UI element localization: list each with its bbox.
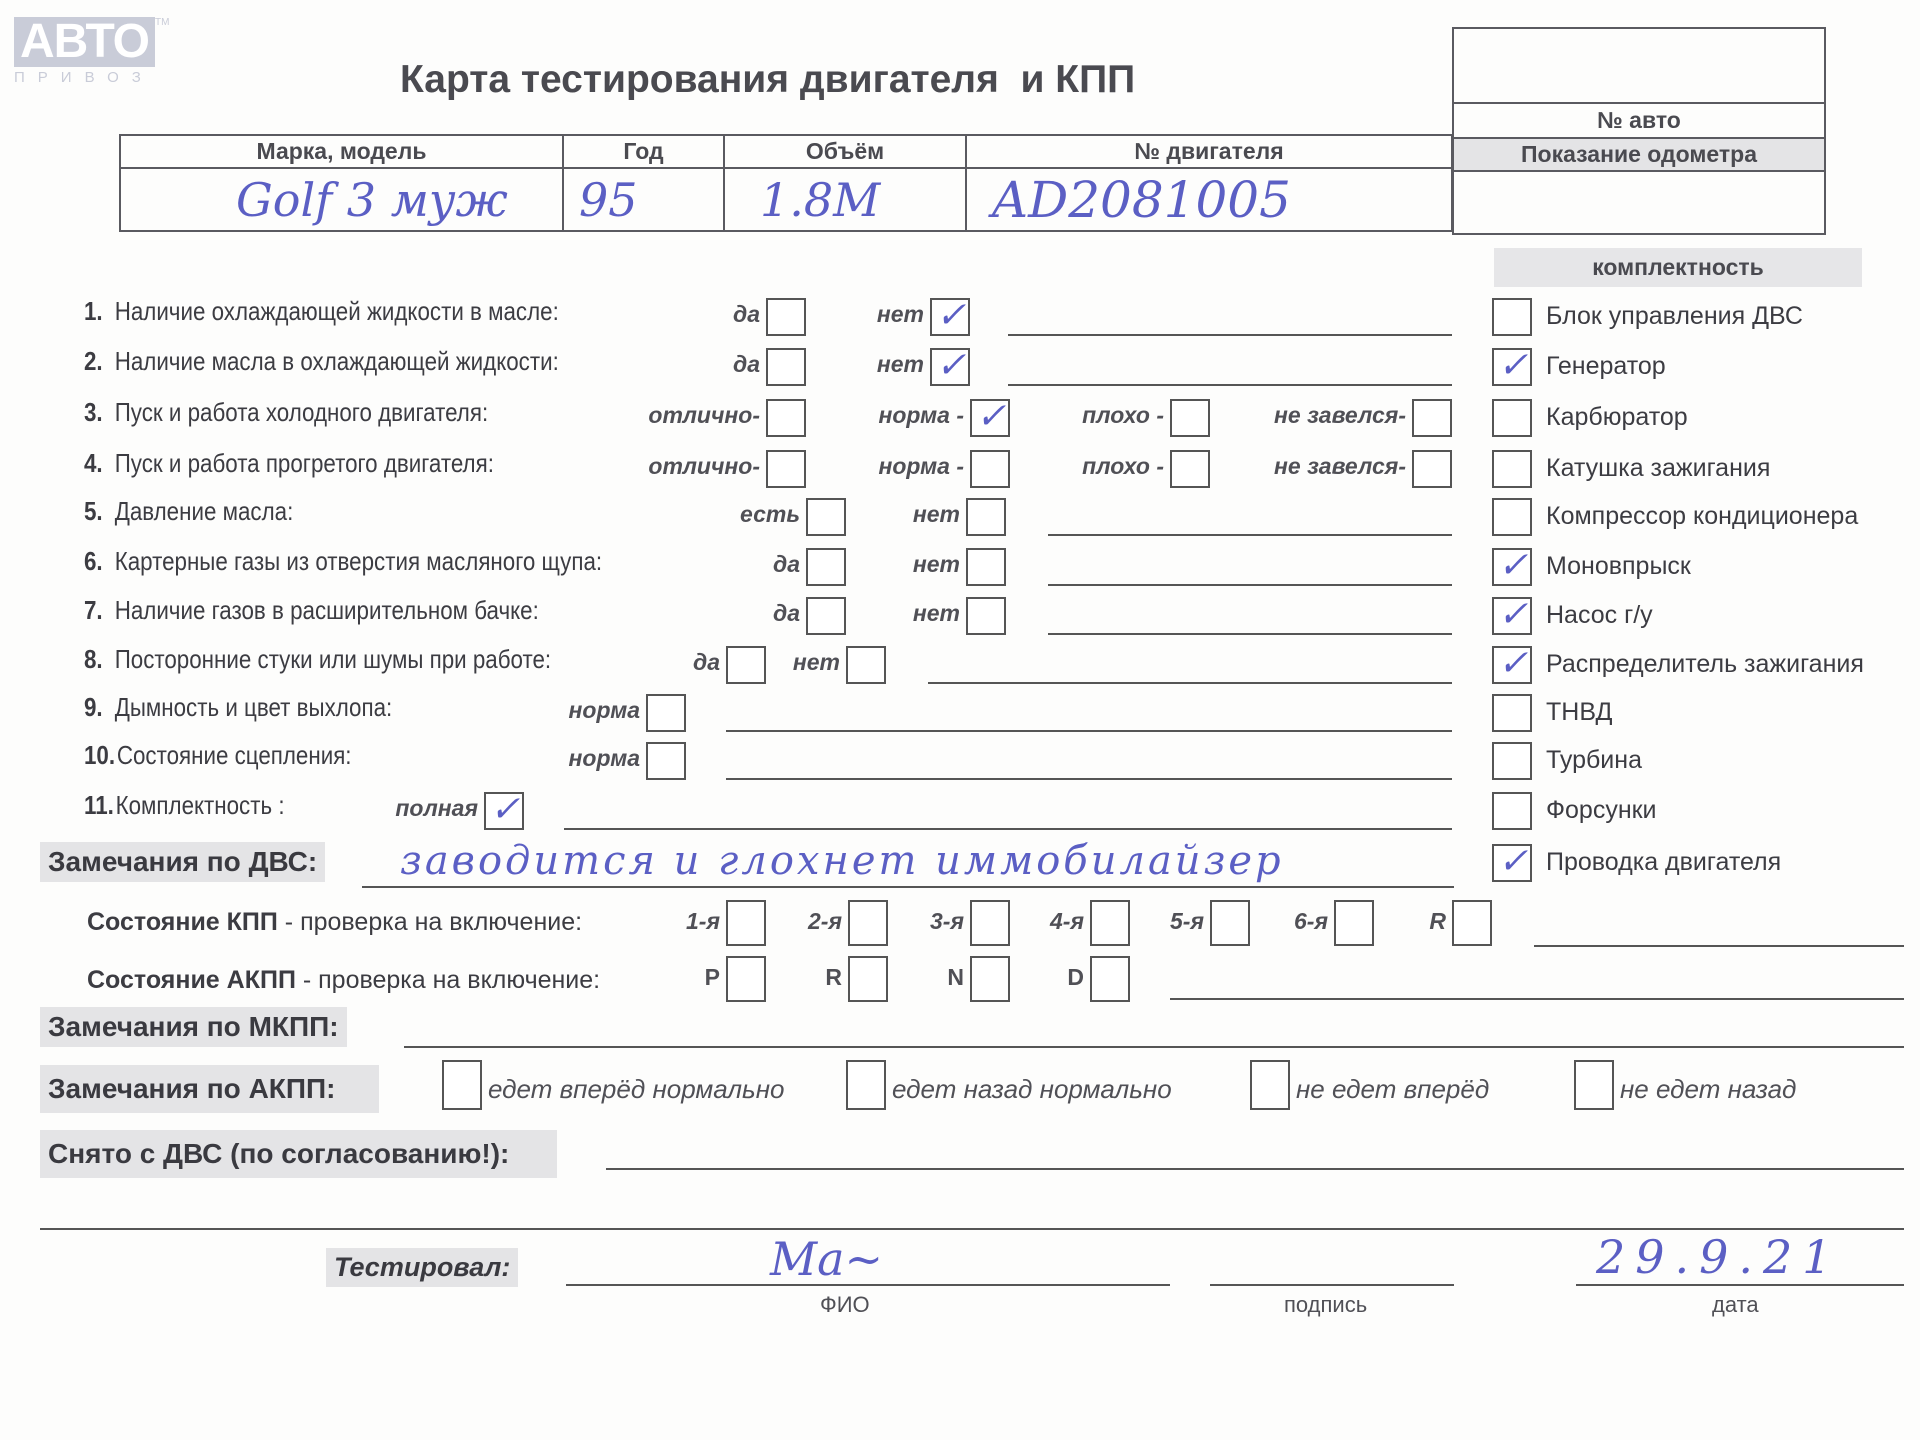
question-8-label: 8.Посторонние стуки или шумы при работе: (84, 644, 551, 675)
question-text: Наличие газов в расширительном бачке: (115, 595, 539, 625)
question-9-checkbox-1[interactable] (646, 694, 686, 732)
volume-value: 1.8M (725, 173, 880, 227)
question-5-label: 5.Давление масла: (84, 496, 293, 527)
manual-gearbox-gear-checkbox-5[interactable] (1210, 900, 1250, 946)
question-text: Пуск и работа холодного двигателя: (115, 397, 488, 427)
question-number: 8. (84, 644, 103, 674)
question-8-notes-line[interactable] (928, 682, 1452, 684)
signature-line[interactable] (1210, 1284, 1454, 1286)
gear-label: 6-я (1294, 908, 1328, 935)
question-2-notes-line[interactable] (1008, 384, 1452, 386)
question-4-checkbox-1[interactable] (766, 450, 806, 488)
engine-number-field[interactable]: AD2081005 (966, 168, 1452, 231)
manual-gearbox-bold: Состояние КПП (87, 908, 278, 936)
option-label: норма - (878, 453, 964, 480)
option-label: нет (913, 600, 960, 627)
tested-by-label: Тестировал: (326, 1248, 518, 1287)
question-9-label: 9.Дымность и цвет выхлопа: (84, 692, 392, 723)
gear-label: R (1429, 908, 1446, 935)
option-label: отлично- (648, 453, 760, 480)
completeness-checkbox-9[interactable] (1492, 694, 1532, 732)
option-label: нет (793, 649, 840, 676)
question-3-checkbox-1[interactable] (766, 399, 806, 437)
completeness-checkbox-3[interactable] (1492, 399, 1532, 437)
question-text: Картерные газы из отверстия масляного щу… (115, 546, 602, 576)
gear-label: 5-я (1170, 908, 1204, 935)
completeness-item-label: Турбина (1546, 746, 1642, 775)
question-text: Комплектность : (116, 790, 285, 820)
question-9-notes-line[interactable] (726, 730, 1452, 732)
question-number: 10. (84, 740, 115, 770)
question-11-notes-line[interactable] (564, 828, 1452, 830)
completeness-checkbox-10[interactable] (1492, 742, 1532, 780)
option-label: нет (877, 301, 924, 328)
option-label: да (773, 600, 800, 627)
completeness-checkbox-11[interactable] (1492, 792, 1532, 830)
option-label: полная (395, 795, 478, 822)
completeness-item-label: Распределитель зажигания (1546, 650, 1864, 679)
auto-gearbox-bold: Состояние АКПП (87, 966, 296, 994)
option-label: да (693, 649, 720, 676)
manual-remarks-label: Замечания по МКПП: (40, 1007, 347, 1047)
question-7-checkbox-1[interactable] (806, 597, 846, 635)
question-2-checkbox-2[interactable] (930, 348, 970, 386)
auto-remarks-checkbox-4[interactable] (1574, 1060, 1614, 1110)
question-3-checkbox-4[interactable] (1412, 399, 1452, 437)
auto-remarks-option-label: едет назад нормально (892, 1074, 1172, 1105)
question-7-checkbox-2[interactable] (966, 597, 1006, 635)
question-11-checkbox-1[interactable] (484, 792, 524, 830)
question-2-checkbox-1[interactable] (766, 348, 806, 386)
removed-label: Снято с ДВС (по согласованию!): (40, 1130, 557, 1178)
completeness-item-label: Насос г/у (1546, 601, 1653, 630)
option-label: отлично- (648, 402, 760, 429)
auto-gearbox-label: Состояние АКПП - проверка на включение: (87, 966, 600, 995)
car-number-field[interactable] (1454, 29, 1824, 104)
auto-remarks-option-label: не едет назад (1620, 1074, 1796, 1105)
auto-remarks-option-label: едет вперёд нормально (488, 1074, 784, 1105)
option-label: да (733, 351, 760, 378)
auto-gearbox-line (1170, 998, 1904, 1000)
manual-gearbox-gear-checkbox-6[interactable] (1334, 900, 1374, 946)
col-header-year: Год (563, 135, 724, 168)
col-header-volume: Объём (724, 135, 966, 168)
question-10-notes-line[interactable] (726, 778, 1452, 780)
completeness-item-label: ТНВД (1546, 698, 1612, 727)
option-label: нет (877, 351, 924, 378)
question-1-notes-line[interactable] (1008, 334, 1452, 336)
engine-remarks-value[interactable]: заводится и глохнет иммобилайзер (400, 838, 1284, 884)
engine-number-value: AD2081005 (967, 171, 1291, 229)
completeness-checkbox-2[interactable] (1492, 348, 1532, 386)
question-number: 7. (84, 595, 103, 625)
completeness-checkbox-6[interactable] (1492, 548, 1532, 586)
question-6-notes-line[interactable] (1048, 584, 1452, 586)
completeness-item-label: Моновпрыск (1546, 552, 1691, 581)
option-label: не завелся- (1274, 402, 1406, 429)
question-text: Состояние сцепления: (117, 740, 352, 770)
manual-gearbox-gear-checkbox-1[interactable] (726, 900, 766, 946)
gear-label: 3-я (930, 908, 964, 935)
option-label: плохо - (1082, 402, 1164, 429)
question-number: 9. (84, 692, 103, 722)
completeness-checkbox-12[interactable] (1492, 844, 1532, 882)
question-5-checkbox-2[interactable] (966, 498, 1006, 536)
auto-remarks-option-label: не едет вперёд (1296, 1074, 1489, 1105)
model-value: Golf 3 муж (121, 173, 508, 227)
completeness-checkbox-4[interactable] (1492, 450, 1532, 488)
manual-gearbox-gear-checkbox-3[interactable] (970, 900, 1010, 946)
manual-remarks-line[interactable] (404, 1046, 1904, 1048)
completeness-item-label: Карбюратор (1546, 403, 1688, 432)
auto-remarks-label: Замечания по АКПП: (40, 1065, 379, 1113)
tester-name-value: Ма~ (770, 1232, 883, 1286)
gear-label: 2-я (808, 908, 842, 935)
completeness-item-label: Блок управления ДВС (1546, 302, 1803, 331)
option-label: нет (913, 501, 960, 528)
question-2-label: 2.Наличие масла в охлаждающей жидкости: (84, 346, 559, 377)
gear-label: R (825, 964, 842, 991)
option-label: норма (569, 697, 641, 724)
vehicle-info-table: Марка, модель Год Объём № двигателя Golf… (119, 134, 1453, 232)
manual-gearbox-gear-checkbox-7[interactable] (1452, 900, 1492, 946)
car-info-box: № авто Показание одометра (1452, 27, 1826, 235)
option-label: нет (913, 551, 960, 578)
gear-label: D (1067, 964, 1084, 991)
completeness-item-label: Компрессор кондиционера (1546, 502, 1858, 531)
question-5-notes-line[interactable] (1048, 534, 1452, 536)
gear-label: N (947, 964, 964, 991)
question-text: Пуск и работа прогретого двигателя: (115, 448, 494, 478)
question-number: 4. (84, 448, 103, 478)
question-3-checkbox-2[interactable] (970, 399, 1010, 437)
auto-remarks-checkbox-3[interactable] (1250, 1060, 1290, 1110)
question-6-label: 6.Картерные газы из отверстия масляного … (84, 546, 602, 577)
option-label: норма - (878, 402, 964, 429)
question-6-checkbox-2[interactable] (966, 548, 1006, 586)
engine-remarks-line (362, 886, 1454, 888)
question-7-label: 7.Наличие газов в расширительном бачке: (84, 595, 539, 626)
completeness-checkbox-8[interactable] (1492, 646, 1532, 684)
col-header-engine-number: № двигателя (966, 135, 1452, 168)
completeness-item-label: Проводка двигателя (1546, 848, 1781, 877)
logo-sub: ПРИВОЗ (14, 69, 169, 86)
car-number-label: № авто (1454, 104, 1824, 139)
question-3-label: 3.Пуск и работа холодного двигателя: (84, 397, 488, 428)
page-title: Карта тестирования двигателя и КПП (400, 58, 1135, 102)
gear-label: 1-я (686, 908, 720, 935)
completeness-item-label: Форсунки (1546, 796, 1657, 825)
question-text: Дымность и цвет выхлопа: (115, 692, 393, 722)
question-1-checkbox-1[interactable] (766, 298, 806, 336)
option-label: есть (740, 501, 800, 528)
question-11-label: 11.Комплектность : (84, 790, 285, 821)
question-5-checkbox-1[interactable] (806, 498, 846, 536)
question-1-checkbox-2[interactable] (930, 298, 970, 336)
question-number: 2. (84, 346, 103, 376)
year-field[interactable]: 95 (563, 168, 724, 231)
manual-gearbox-gear-checkbox-2[interactable] (848, 900, 888, 946)
question-number: 5. (84, 496, 103, 526)
auto-gearbox-gear-checkbox-2[interactable] (848, 956, 888, 1002)
option-label: норма (569, 745, 641, 772)
question-10-label: 10.Состояние сцепления: (84, 740, 352, 771)
date-line[interactable] (1576, 1284, 1904, 1286)
question-4-checkbox-4[interactable] (1412, 450, 1452, 488)
company-logo: АВТОTM ПРИВОЗ (14, 17, 169, 86)
completeness-item-label: Генератор (1546, 352, 1666, 381)
question-8-checkbox-2[interactable] (846, 646, 886, 684)
auto-gearbox-gear-checkbox-4[interactable] (1090, 956, 1130, 1002)
col-header-model: Марка, модель (120, 135, 563, 168)
completeness-checkbox-1[interactable] (1492, 298, 1532, 336)
logo-brand: АВТО (14, 17, 155, 67)
auto-remarks-checkbox-2[interactable] (846, 1060, 886, 1110)
question-text: Давление масла: (115, 496, 294, 526)
question-text: Наличие охлаждающей жидкости в масле: (115, 296, 559, 326)
question-3-checkbox-3[interactable] (1170, 399, 1210, 437)
signature-caption: подпись (1284, 1292, 1367, 1318)
question-4-checkbox-3[interactable] (1170, 450, 1210, 488)
question-number: 6. (84, 546, 103, 576)
option-label: плохо - (1082, 453, 1164, 480)
logo-tm: TM (155, 17, 169, 28)
model-field[interactable]: Golf 3 муж (120, 168, 563, 231)
option-label: да (773, 551, 800, 578)
engine-remarks-label: Замечания по ДВС: (40, 842, 325, 882)
removed-line[interactable] (606, 1168, 1904, 1170)
auto-remarks-checkbox-1[interactable] (442, 1060, 482, 1110)
date-caption: дата (1712, 1292, 1759, 1318)
question-6-checkbox-1[interactable] (806, 548, 846, 586)
question-10-checkbox-1[interactable] (646, 742, 686, 780)
auto-gearbox-rest: - проверка на включение: (296, 966, 600, 994)
date-value: 29.9.21 (1596, 1230, 1842, 1284)
gear-label: P (705, 964, 720, 991)
odometer-field[interactable] (1454, 172, 1824, 233)
question-number: 3. (84, 397, 103, 427)
manual-gearbox-label: Состояние КПП - проверка на включение: (87, 908, 582, 937)
completeness-title: комплектность (1494, 248, 1862, 287)
option-label: не завелся- (1274, 453, 1406, 480)
odometer-label: Показание одометра (1454, 139, 1824, 172)
completeness-item-label: Катушка зажигания (1546, 454, 1770, 483)
completeness-checkbox-7[interactable] (1492, 597, 1532, 635)
question-4-label: 4.Пуск и работа прогретого двигателя: (84, 448, 494, 479)
question-8-checkbox-1[interactable] (726, 646, 766, 684)
question-text: Наличие масла в охлаждающей жидкости: (115, 346, 559, 376)
question-1-label: 1.Наличие охлаждающей жидкости в масле: (84, 296, 559, 327)
auto-gearbox-gear-checkbox-3[interactable] (970, 956, 1010, 1002)
volume-field[interactable]: 1.8M (724, 168, 966, 231)
question-7-notes-line[interactable] (1048, 633, 1452, 635)
completeness-checkbox-5[interactable] (1492, 498, 1532, 536)
question-4-checkbox-2[interactable] (970, 450, 1010, 488)
manual-gearbox-line (1534, 945, 1904, 947)
auto-gearbox-gear-checkbox-1[interactable] (726, 956, 766, 1002)
question-number: 1. (84, 296, 103, 326)
manual-gearbox-gear-checkbox-4[interactable] (1090, 900, 1130, 946)
option-label: да (733, 301, 760, 328)
year-value: 95 (564, 173, 638, 227)
manual-gearbox-rest: - проверка на включение: (278, 908, 582, 936)
name-caption: ФИО (820, 1292, 870, 1318)
question-text: Посторонние стуки или шумы при работе: (115, 644, 551, 674)
gear-label: 4-я (1050, 908, 1084, 935)
question-number: 11. (84, 790, 114, 820)
